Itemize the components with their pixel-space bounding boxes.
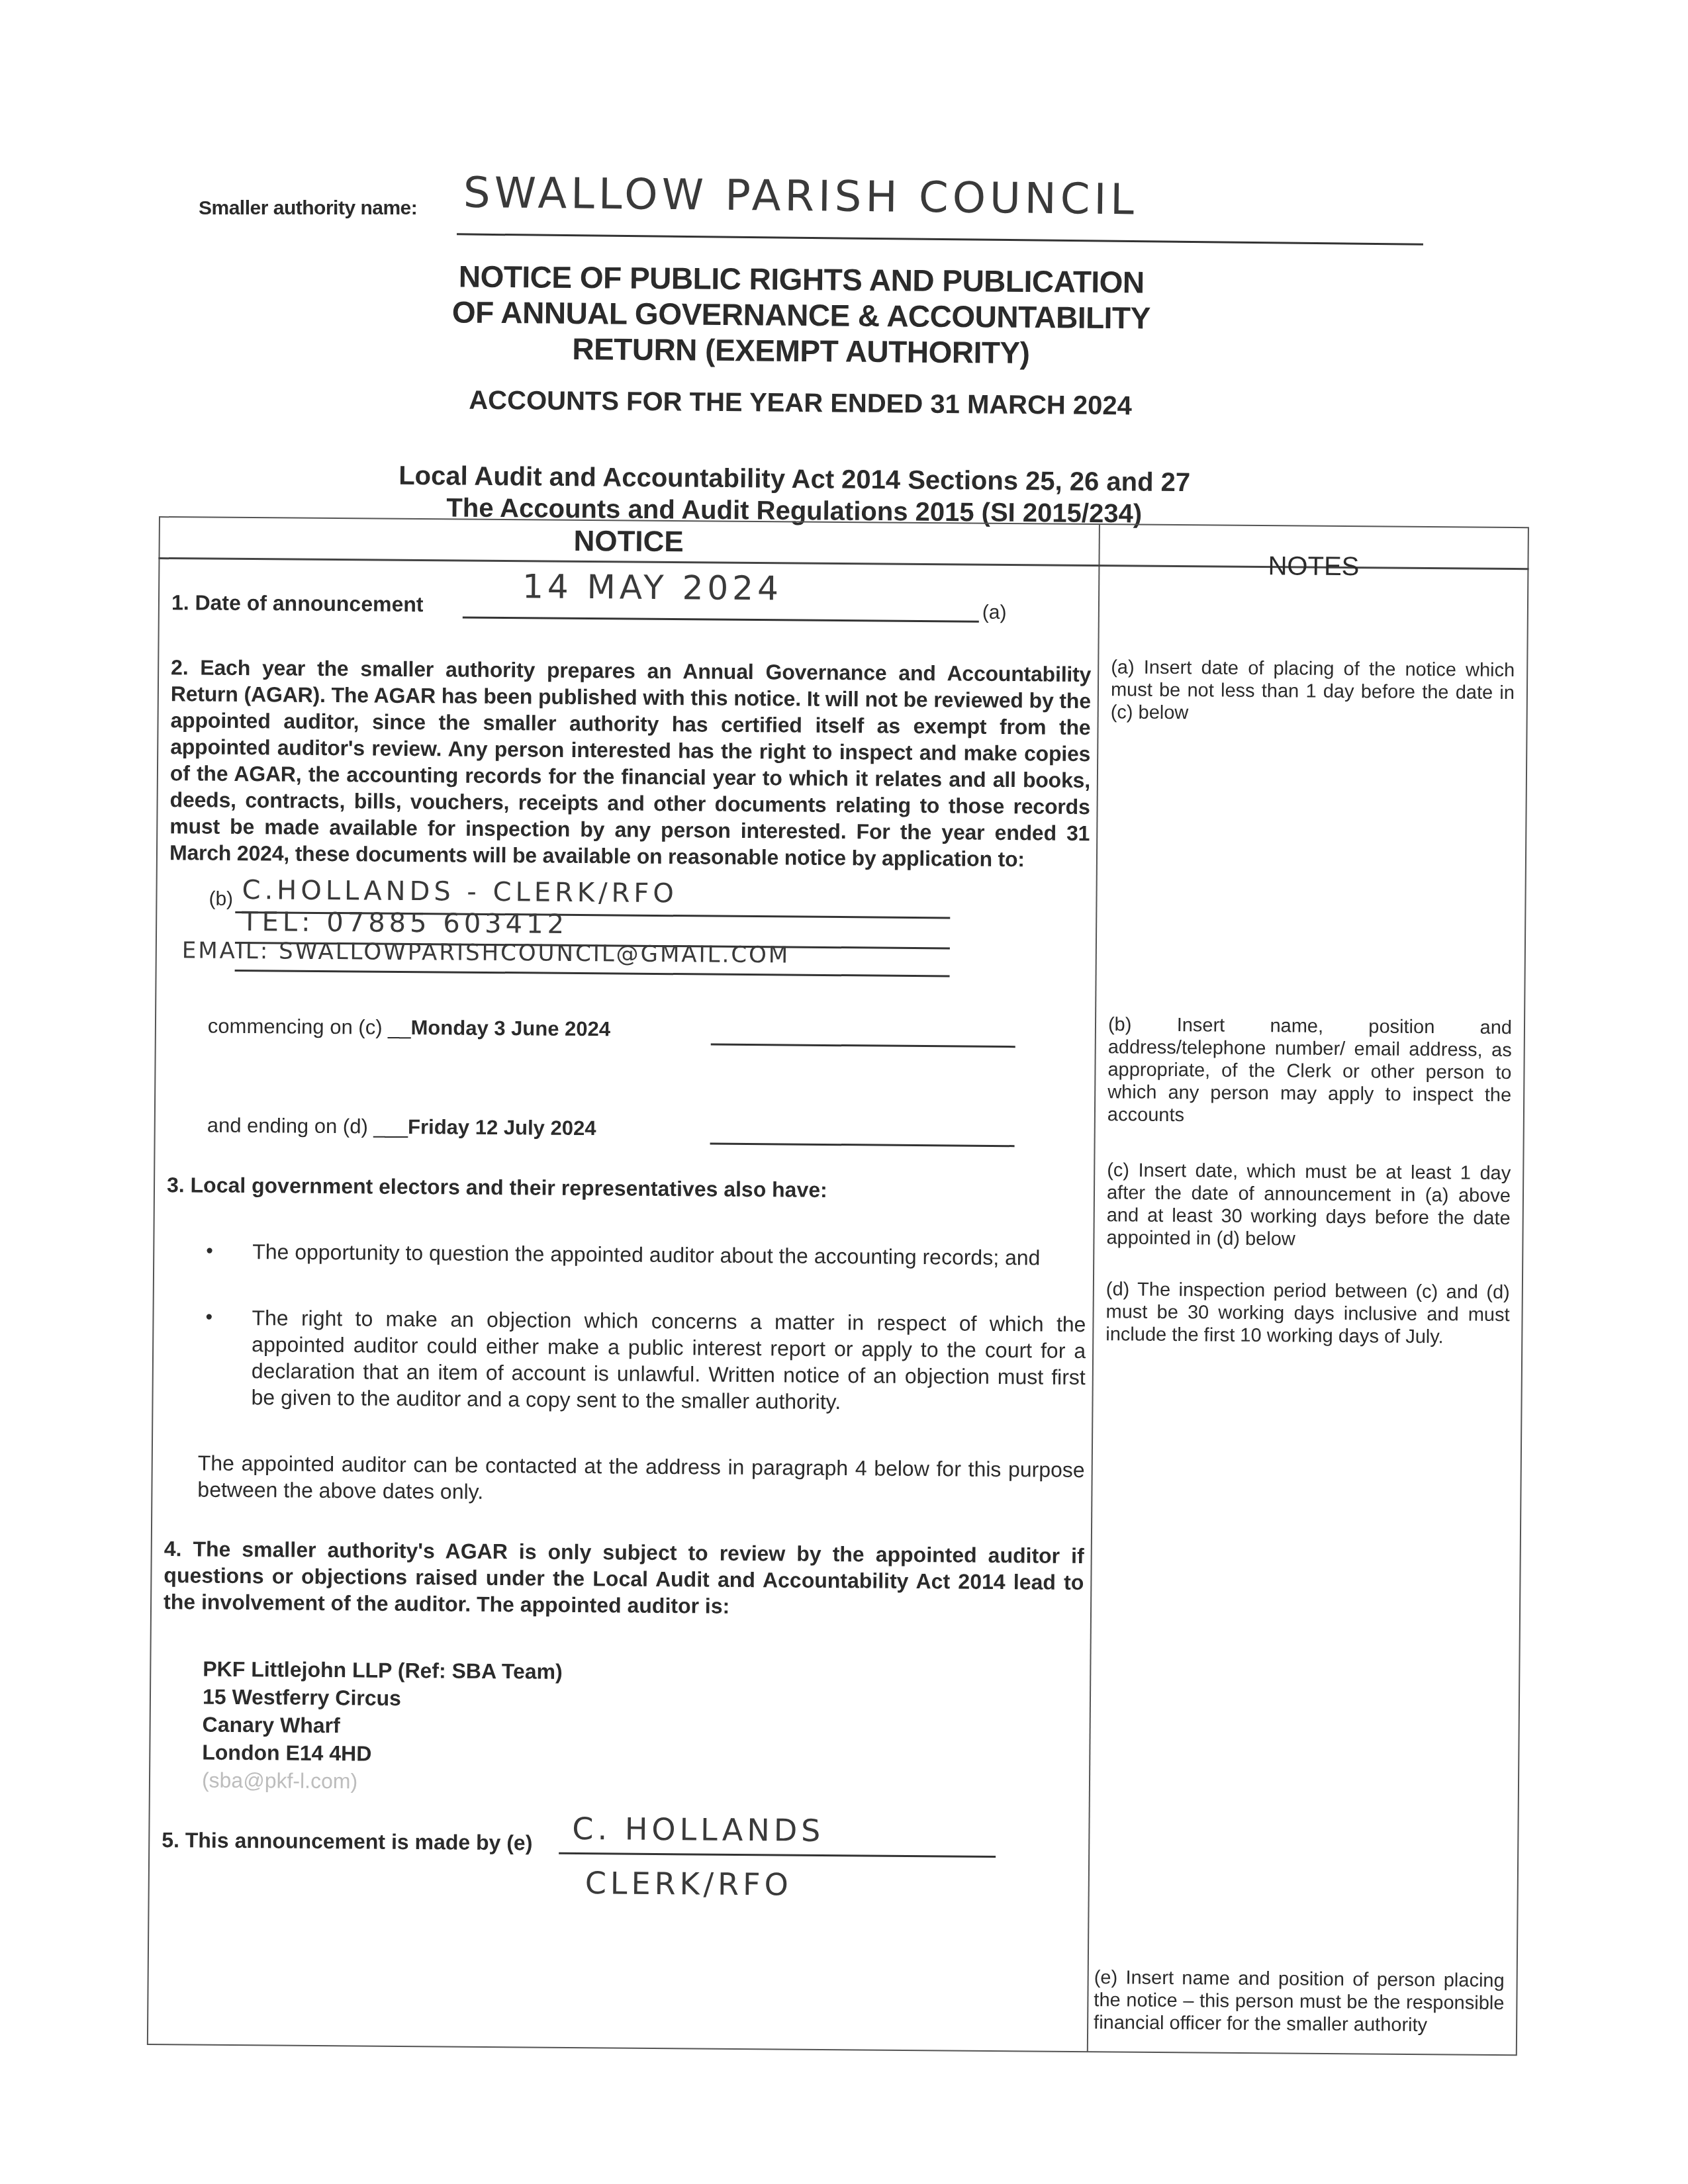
ending-label: and ending on (d) ___: [207, 1114, 408, 1138]
note-d: (d) The inspection period between (c) an…: [1105, 1278, 1510, 1349]
authority-name-underline: [457, 233, 1423, 245]
bullet-icon: •: [206, 1238, 213, 1265]
document-title: NOTICE OF PUBLIC RIGHTS AND PUBLICATION …: [370, 257, 1232, 422]
authority-name-row: Smaller authority name: SWALLOW PARISH C…: [199, 179, 1423, 251]
note-ref-b: (b): [209, 886, 233, 913]
announcement-date-label: 1. Date of announcement: [171, 590, 424, 616]
title-line-3: RETURN (EXEMPT AUTHORITY): [371, 329, 1231, 372]
commencing-date: Monday 3 June 2024: [410, 1016, 610, 1040]
note-a: (a) Insert date of placing of the notice…: [1111, 656, 1515, 727]
bullet-icon: •: [205, 1304, 212, 1331]
auditor-contact-text: The appointed auditor can be contacted a…: [164, 1449, 1085, 1510]
notice-column: 1. Date of announcement 14 MAY 2024 (a) …: [162, 589, 1092, 1913]
signatory-underline: [559, 1852, 996, 1858]
signatory-role: CLERK/RFO: [585, 1870, 792, 1897]
inspection-start: commencing on (c) __Monday 3 June 2024: [167, 1013, 1088, 1119]
contact-email: EMAIL: SWALLOWPARISHCOUNCIL@GMAIL.COM: [182, 937, 790, 968]
note-b: (b) Insert name, position and address/te…: [1107, 1013, 1512, 1129]
note-ref-a: (a): [982, 600, 1007, 626]
note-c: (c) Insert date, which must be at least …: [1106, 1159, 1511, 1252]
notes-column-heading: NOTES: [1098, 550, 1528, 583]
accounts-year-heading: ACCOUNTS FOR THE YEAR ENDED 31 MARCH 202…: [370, 385, 1231, 422]
authority-name-label: Smaller authority name:: [199, 197, 417, 220]
section-3-heading: 3. Local government electors and their r…: [167, 1171, 1087, 1205]
signatory-name: C. HOLLANDS: [572, 1815, 824, 1844]
title-line-2: OF ANNUAL GOVERNANCE & ACCOUNTABILITY: [371, 293, 1231, 336]
announcement-made-by: 5. This announcement is made by (e) C. H…: [162, 1827, 1082, 1913]
rights-bullet-2: • The right to make an objection which c…: [165, 1304, 1086, 1417]
contact-underline-3: [235, 970, 950, 977]
ending-underline: [710, 1143, 1015, 1148]
inspection-end: and ending on (d) ___Friday 12 July 2024: [167, 1112, 1088, 1172]
announcement-date-value: 14 MAY 2024: [522, 573, 782, 602]
announcement-date-underline: [463, 617, 979, 623]
note-e: (e) Insert name and position of person p…: [1094, 1966, 1505, 2037]
rights-bullet-1: • The opportunity to question the appoin…: [166, 1238, 1086, 1271]
contact-telephone: TEL: 07885 603412: [242, 909, 568, 938]
section-5-label: 5. This announcement is made by (e): [162, 1828, 532, 1854]
auditor-address: PKF Littlejohn LLP (Ref: SBA Team) 15 We…: [162, 1655, 1084, 1801]
announcement-date-field: 1. Date of announcement 14 MAY 2024 (a): [171, 589, 1092, 649]
rights-bullet-1-text: The opportunity to question the appointe…: [252, 1240, 1040, 1269]
authority-name-value: SWALLOW PARISH COUNCIL: [463, 169, 1139, 225]
notice-table: NOTICE NOTES 1. Date of announcement 14 …: [147, 516, 1529, 2056]
section-2-text: 2. Each year the smaller authority prepa…: [169, 654, 1091, 873]
contact-details: (b) C.HOLLANDS - CLERK/RFO TEL: 07885 60…: [168, 880, 1090, 1020]
commencing-label: commencing on (c) __: [208, 1015, 411, 1039]
notice-page: Smaller authority name: SWALLOW PARISH C…: [0, 0, 1688, 2184]
ending-date: Friday 12 July 2024: [408, 1115, 596, 1140]
contact-name-position: C.HOLLANDS - CLERK/RFO: [242, 877, 678, 907]
section-4-text: 4. The smaller authority's AGAR is only …: [164, 1535, 1084, 1622]
commencing-underline: [711, 1044, 1015, 1048]
rights-bullet-2-text: The right to make an objection which con…: [251, 1306, 1086, 1414]
